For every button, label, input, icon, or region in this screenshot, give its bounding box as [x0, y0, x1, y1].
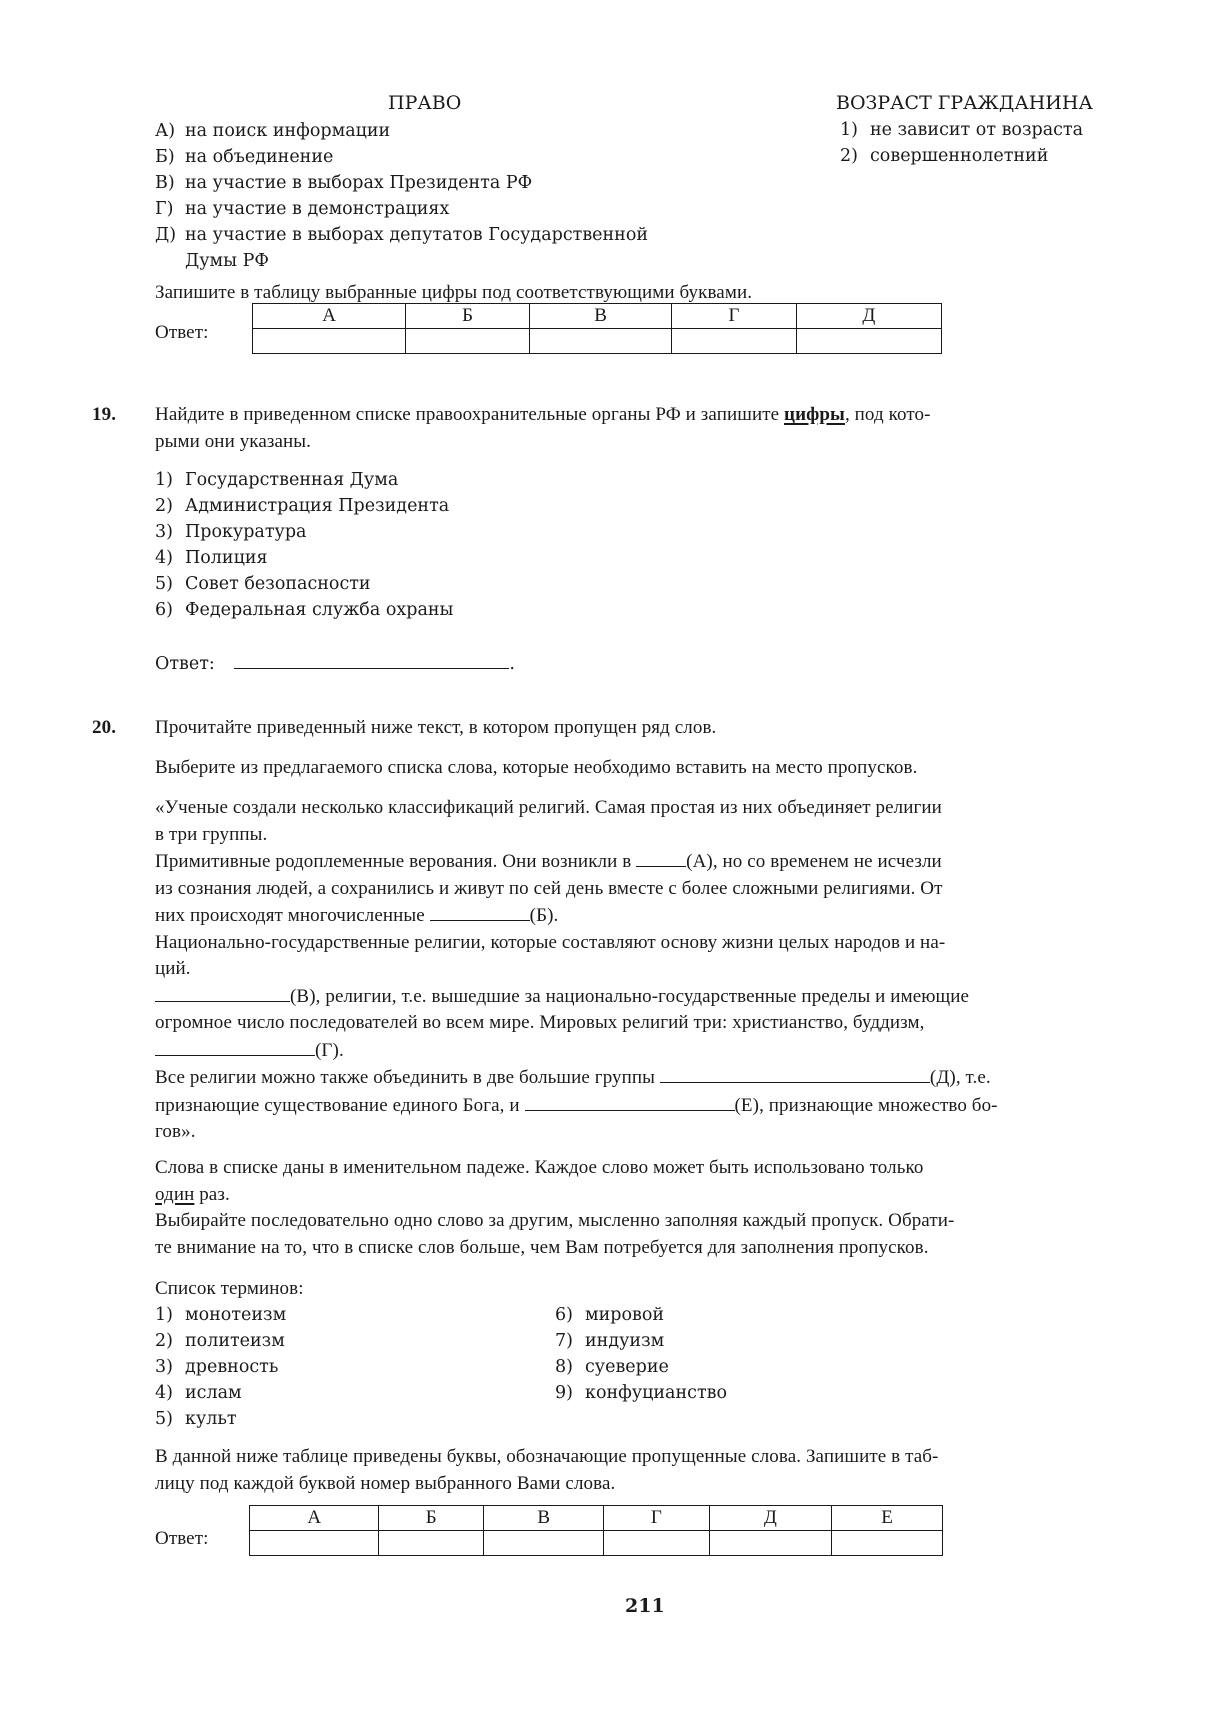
q18-answer-table: А Б В Г Д [252, 303, 942, 354]
rights-item-continuation: Думы РФ [155, 248, 648, 274]
q18-answer-label: Ответ: [155, 320, 209, 347]
gap-e-label: (Е) [735, 1095, 760, 1116]
term-item: 6)мировой [555, 1302, 727, 1328]
terms-list-right: 6)мировой 7)индуизм 8)суеверие 9)конфуци… [555, 1302, 727, 1406]
q20-answer-table: А Б В Г Д Е [249, 1505, 943, 1556]
rights-column-header: ПРАВО [388, 90, 461, 116]
q18-answer-cell-b[interactable] [406, 329, 530, 354]
terms-list-left: 1)монотеизм 2)политеизм 3)древность 4)ис… [155, 1302, 286, 1432]
gap-v-label: (В) [290, 986, 316, 1007]
q19-answer-label: Ответ: [155, 654, 215, 674]
q20-rules: Слова в списке даны в именительном падеж… [155, 1155, 1195, 1261]
q19-option: 3)Прокуратура [155, 519, 453, 545]
term-item: 3)древность [155, 1354, 286, 1380]
q20-intro-2: Выберите из предлагаемого списка слова, … [155, 755, 1195, 782]
gap-d-label: (Д) [930, 1067, 956, 1088]
q18-header-b: Б [406, 304, 530, 329]
age-column-header: ВОЗРАСТ ГРАЖДАНИНА [836, 90, 1093, 116]
q18-header-d: Д [796, 304, 941, 329]
gap-e-field [525, 1092, 735, 1111]
q20-header-e: Е [832, 1506, 943, 1531]
gap-a-field [636, 848, 686, 867]
rights-item: Б)на объединение [155, 144, 648, 170]
rights-item: В)на участие в выборах Президента РФ [155, 170, 648, 196]
q20-answer-cell-v[interactable] [484, 1531, 604, 1556]
page-number: 211 [625, 1593, 665, 1619]
q20-answer-cell-b[interactable] [379, 1531, 484, 1556]
q18-answer-cell-a[interactable] [253, 329, 406, 354]
q19-emphasis: цифры [784, 404, 845, 425]
q20-passage: «Ученые создали несколько классификаций … [155, 795, 1195, 1146]
terms-title: Список терминов: [155, 1276, 304, 1303]
q19-answer-field[interactable] [234, 650, 509, 669]
term-item: 4)ислам [155, 1380, 286, 1406]
q20-answer-cell-g[interactable] [604, 1531, 709, 1556]
q20-answer-label: Ответ: [155, 1526, 209, 1553]
q20-number: 20. [92, 715, 116, 742]
q19-options: 1)Государственная Дума 2)Администрация П… [155, 467, 453, 623]
gap-g-label: (Г). [315, 1040, 344, 1061]
q18-header-v: В [530, 304, 672, 329]
q20-header-d: Д [709, 1506, 832, 1531]
q20-answer-cell-e[interactable] [832, 1531, 943, 1556]
q20-header-a: А [250, 1506, 379, 1531]
rights-list: А)на поиск информации Б)на объединение В… [155, 118, 648, 274]
q19-option: 1)Государственная Дума [155, 467, 453, 493]
rights-item: А)на поиск информации [155, 118, 648, 144]
q18-answer-cell-v[interactable] [530, 329, 672, 354]
q20-intro-1: Прочитайте приведенный ниже текст, в кот… [155, 715, 1195, 742]
gap-d-field [660, 1064, 930, 1083]
q19-option: 4)Полиция [155, 545, 453, 571]
term-item: 2)политеизм [155, 1328, 286, 1354]
q19-prompt: Найдите в приведенном списке правоохрани… [155, 402, 1195, 455]
gap-b-label: (Б). [530, 905, 559, 926]
age-list: 1)не зависит от возраста 2)совершеннолет… [840, 117, 1083, 169]
gap-b-field [430, 902, 530, 921]
term-item: 8)суеверие [555, 1354, 727, 1380]
q20-header-g: Г [604, 1506, 709, 1531]
q20-header-v: В [484, 1506, 604, 1531]
gap-g-field [155, 1037, 315, 1056]
q18-answer-cell-d[interactable] [796, 329, 941, 354]
term-item: 1)монотеизм [155, 1302, 286, 1328]
q19-option: 6)Федеральная служба охраны [155, 597, 453, 623]
gap-v-field [155, 983, 290, 1002]
term-item: 5)культ [155, 1406, 286, 1432]
q20-emphasis-once: один [155, 1184, 194, 1205]
q18-header-g: Г [672, 304, 797, 329]
q19-number: 19. [92, 402, 116, 429]
rights-item: Д)на участие в выборах депутатов Государ… [155, 222, 648, 248]
q20-answer-cell-d[interactable] [709, 1531, 832, 1556]
q20-header-b: Б [379, 1506, 484, 1531]
gap-a-label: (А) [686, 851, 713, 872]
age-item: 1)не зависит от возраста [840, 117, 1083, 143]
term-item: 9)конфуцианство [555, 1380, 727, 1406]
q20-answer-cell-a[interactable] [250, 1531, 379, 1556]
q18-answer-cell-g[interactable] [672, 329, 797, 354]
q19-option: 2)Администрация Президента [155, 493, 453, 519]
age-item: 2)совершеннолетний [840, 143, 1083, 169]
q20-table-instruction: В данной ниже таблице приведены буквы, о… [155, 1444, 1195, 1497]
term-item: 7)индуизм [555, 1328, 727, 1354]
q18-header-a: А [253, 304, 406, 329]
rights-item: Г)на участие в демонстрациях [155, 196, 648, 222]
q19-answer-row: Ответ: . [155, 650, 515, 677]
q19-option: 5)Совет безопасности [155, 571, 453, 597]
